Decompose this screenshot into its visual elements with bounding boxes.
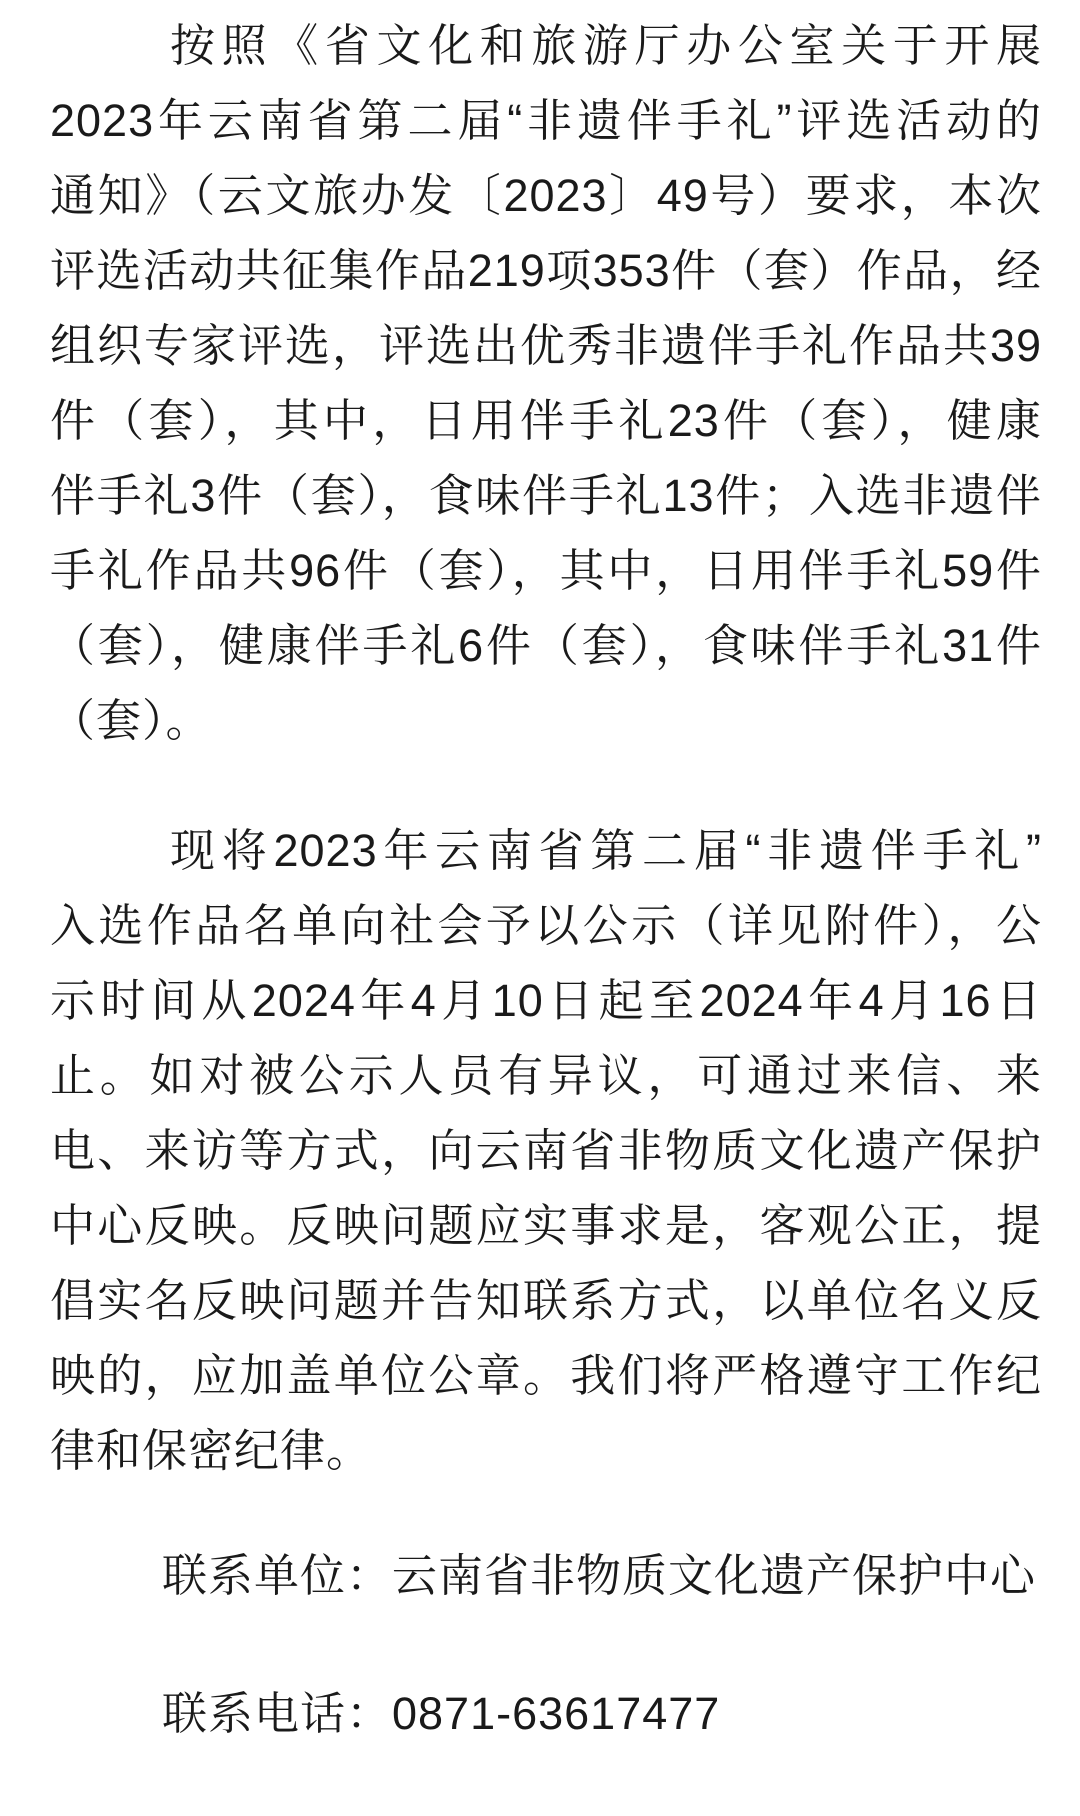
text-line: 评选活动共征集作品219项353件（套）作品，经 [50, 233, 1042, 308]
text-line: 律和保密纪律。 [50, 1413, 1042, 1488]
text-line: 倡实名反映问题并告知联系方式，以单位名义反 [50, 1263, 1042, 1338]
text-line: 入选作品名单向社会予以公示（详见附件），公 [50, 888, 1042, 963]
text-line: 按照《省文化和旅游厅办公室关于开展 [50, 8, 1042, 83]
text-line: 映的，应加盖单位公章。我们将严格遵守工作纪 [50, 1338, 1042, 1413]
text-line: 件（套），其中，日用伴手礼23件（套），健康 [50, 383, 1042, 458]
text-line: 手礼作品共96件（套），其中，日用伴手礼59件 [50, 533, 1042, 608]
text-line: 中心反映。反映问题应实事求是，客观公正，提 [50, 1188, 1042, 1263]
contact-phone-line: 联系电话：0871-63617477 [162, 1676, 1042, 1751]
text-line: 组织专家评选，评选出优秀非遗伴手礼作品共39 [50, 308, 1042, 383]
text-line: 伴手礼3件（套），食味伴手礼13件；入选非遗伴 [50, 458, 1042, 533]
paragraph-publicity-notice: 现将2023年云南省第二届“非遗伴手礼”入选作品名单向社会予以公示（详见附件），… [50, 813, 1042, 1488]
paragraph-selection-results: 按照《省文化和旅游厅办公室关于开展2023年云南省第二届“非遗伴手礼”评选活动的… [50, 8, 1042, 758]
text-line: 2023年云南省第二届“非遗伴手礼”评选活动的 [50, 83, 1042, 158]
text-line: 现将2023年云南省第二届“非遗伴手礼” [50, 813, 1042, 888]
text-line: （套），健康伴手礼6件（套），食味伴手礼31件 [50, 608, 1042, 683]
text-line: 电、来访等方式，向云南省非物质文化遗产保护 [50, 1113, 1042, 1188]
contact-block: 联系单位：云南省非物质文化遗产保护中心 联系电话：0871-63617477 [50, 1538, 1042, 1751]
text-line: 通知》（云文旅办发〔2023〕49号）要求，本次 [50, 158, 1042, 233]
contact-unit-line: 联系单位：云南省非物质文化遗产保护中心 [162, 1538, 1042, 1613]
text-line: （套）。 [50, 683, 1042, 758]
text-line: 止。如对被公示人员有异议，可通过来信、来 [50, 1038, 1042, 1113]
text-line: 示时间从2024年4月10日起至2024年4月16日 [50, 963, 1042, 1038]
notice-document: 按照《省文化和旅游厅办公室关于开展2023年云南省第二届“非遗伴手礼”评选活动的… [0, 0, 1080, 1816]
